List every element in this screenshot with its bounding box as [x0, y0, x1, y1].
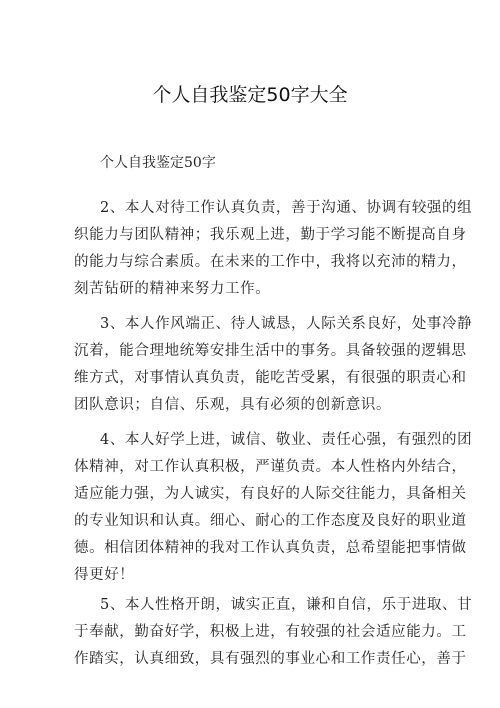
paragraph-line: 团队意识；自信、乐观，具有必须的创新意识。	[74, 392, 434, 419]
paragraph-line: 体精神，对工作认真积极，严谨负责。本人性格内外结合，	[74, 454, 434, 481]
paragraph-line: 2、本人对待工作认真负责，善于沟通、协调有较强的组	[74, 195, 434, 222]
paragraph-line: 织能力与团队精神；我乐观上进，勤于学习能不断提高自身	[74, 222, 434, 249]
paragraph-line: 得更好！	[74, 562, 434, 589]
paragraph-line: 适应能力强，为人诚实，有良好的人际交往能力，具备相关	[74, 481, 434, 508]
paragraph-line: 4、本人好学上进，诚信、敬业、责任心强，有强烈的团	[74, 427, 434, 454]
paragraph-line: 3、本人作风端正、待人诚恳，人际关系良好，处事冷静	[74, 311, 434, 338]
paragraph-3: 3、本人作风端正、待人诚恳，人际关系良好，处事冷静 沉着，能合理地统筹安排生活中…	[74, 311, 434, 419]
paragraph-2: 2、本人对待工作认真负责，善于沟通、协调有较强的组 织能力与团队精神；我乐观上进…	[74, 195, 434, 303]
document-title: 个人自我鉴定50字大全	[0, 80, 500, 107]
paragraph-line: 维方式，对事情认真负责，能吃苦受累，有很强的职责心和	[74, 365, 434, 392]
paragraph-line: 刻苦钻研的精神来努力工作。	[74, 276, 434, 303]
paragraph-line: 5、本人性格开朗，诚实正直，谦和自信，乐于进取、甘	[74, 592, 434, 619]
paragraph-line: 的能力与综合素质。在未来的工作中，我将以充沛的精力，	[74, 249, 434, 276]
document-subtitle: 个人自我鉴定50字	[100, 152, 216, 172]
paragraph-5: 5、本人性格开朗，诚实正直，谦和自信，乐于进取、甘 于奉献，勤奋好学，积极上进，…	[74, 592, 434, 673]
paragraph-line: 德。相信团体精神的我对工作认真负责，总希望能把事情做	[74, 535, 434, 562]
paragraph-line: 于奉献，勤奋好学，积极上进，有较强的社会适应能力。工	[74, 619, 434, 646]
paragraph-line: 沉着，能合理地统筹安排生活中的事务。具备较强的逻辑思	[74, 338, 434, 365]
paragraph-4: 4、本人好学上进，诚信、敬业、责任心强，有强烈的团 体精神，对工作认真积极，严谨…	[74, 427, 434, 589]
paragraph-line: 的专业知识和认真。细心、耐心的工作态度及良好的职业道	[74, 508, 434, 535]
paragraph-line: 作踏实，认真细致，具有强烈的事业心和工作责任心，善于	[74, 646, 434, 673]
